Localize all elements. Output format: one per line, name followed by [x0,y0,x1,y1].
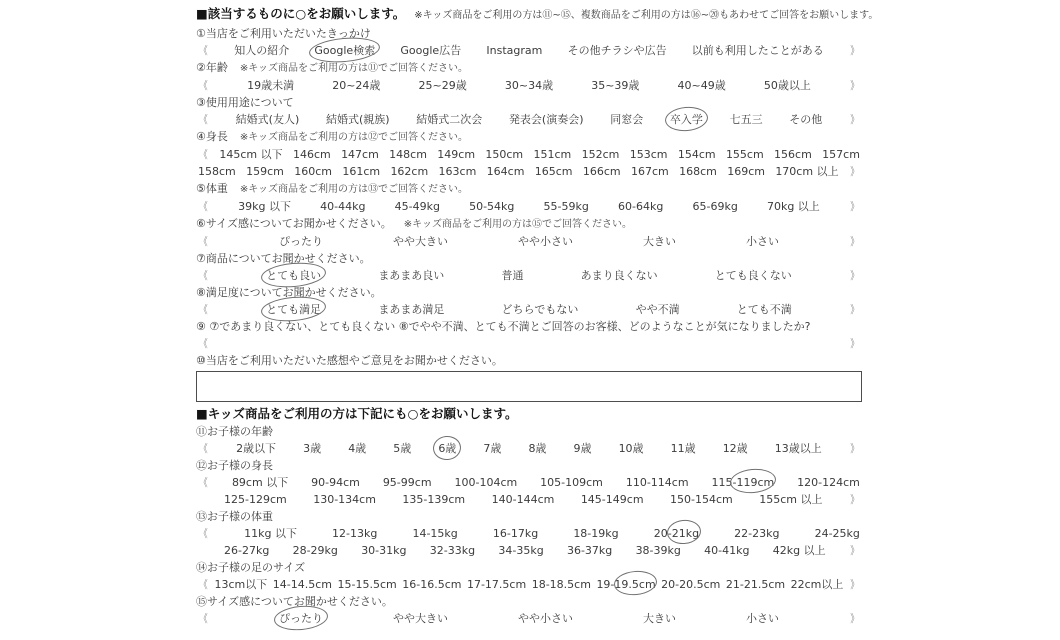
option: 70kg 以上 [767,198,820,215]
question-q10: ⑩当店をご利用いただいた感想やご意見をお聞かせください。 [196,352,862,402]
option: ぴったり [279,233,323,250]
question-q15: ⑮サイズ感についてお聞かせください。《ぴったりやや大きいやや小さい大きい小さい》 [196,593,862,627]
question-label-text: ⑮サイズ感についてお聞かせください。 [196,595,393,608]
option: 150cm [485,146,523,163]
question-q6: ⑥サイズ感についてお聞かせください。※キッズ商品をご利用の方は⑮でご回答ください… [196,215,862,250]
option: 以前も利用したことがある [692,42,824,59]
option: 12-13kg [332,525,377,542]
option: 164cm [487,163,525,180]
section2-title: ■キッズ商品をご利用の方は下記にも○をお願いします。 [196,406,517,421]
options-row: 《145cm 以下146cm147cm148cm149cm150cm151cm1… [196,146,862,163]
option-circled: 卒入学 [670,111,703,128]
scanned-survey-form: ■該当するものに○をお願いします。※キッズ商品をご利用の方は⑪~⑮、複数商品をご… [196,5,862,627]
question-label-text: ②年齢 [196,61,228,74]
question-label: ⑩当店をご利用いただいた感想やご意見をお聞かせください。 [196,352,862,369]
option: 16-16.5cm [402,576,461,593]
option: 13歳以上 [775,440,822,457]
option: 100-104cm [454,474,517,491]
option: 55-59kg [544,198,589,215]
option: 大きい [643,233,676,250]
option: 159cm [246,163,284,180]
question-label: ②年齢※キッズ商品をご利用の方は⑪でご回答ください。 [196,59,862,77]
option: 50-54kg [469,198,514,215]
option: 11歳 [671,440,696,457]
option: 結婚式(友人) [236,111,300,128]
option: 130-134cm [313,491,376,508]
option: 35~39歳 [591,77,639,94]
option: 39kg 以下 [238,198,291,215]
option: 151cm [534,146,572,163]
option: 158cm [198,163,236,180]
open-bracket: 《 [199,576,207,593]
open-bracket: 《 [199,198,207,215]
option: 7歳 [483,440,501,457]
close-bracket: 》 [850,198,858,215]
option: あまり良くない [581,267,658,284]
open-bracket: 《 [199,77,207,94]
option: とても良くない [715,267,792,284]
option: 161cm [342,163,380,180]
options-row: 《結婚式(友人)結婚式(親族)結婚式二次会発表会(演奏会)同窓会卒入学七五三その… [196,111,862,128]
question-q8: ⑧満足度についてお聞かせください。《とても満足まあまあ満足どちらでもないやや不満… [196,284,862,318]
option: 120-124cm [797,474,860,491]
option: 34-35kg [498,542,543,559]
option: 13cm以下 [215,576,268,593]
close-bracket: 》 [850,163,858,180]
option: 40-41kg [704,542,749,559]
option: 149cm [437,146,475,163]
option-circled: 115-119cm [712,474,775,491]
option: 60-64kg [618,198,663,215]
option: 162cm [390,163,428,180]
question-label: ④身長※キッズ商品をご利用の方は⑫でご回答ください。 [196,128,862,146]
close-bracket: 》 [850,610,858,627]
option: 9歳 [574,440,592,457]
open-bracket: 《 [199,440,207,457]
question-label: ⑭お子様の足のサイズ [196,559,862,576]
option: 14-15kg [412,525,457,542]
option: 38-39kg [636,542,681,559]
option: 160cm [294,163,332,180]
option: 90-94cm [311,474,360,491]
option: 40~49歳 [678,77,726,94]
question-label-text: ③使用用途について [196,96,294,109]
option: 89cm 以下 [232,474,288,491]
options-row: 26-27kg28-29kg30-31kg32-33kg34-35kg36-37… [196,542,862,559]
options-row: 125-129cm130-134cm135-139cm140-144cm145-… [196,491,862,508]
question-label-text: ⑨ ⑦であまり良くない、とても良くない ⑧でやや不満、とても不満とご回答のお客様… [196,320,810,333]
question-q7: ⑦商品についてお聞かせください。《とても良いまあまあ良い普通あまり良くないとても… [196,250,862,284]
option: 24-25kg [815,525,860,542]
option: 153cm [630,146,668,163]
option: 七五三 [730,111,763,128]
option: 大きい [643,610,676,627]
option: 17-17.5cm [467,576,526,593]
comment-box [196,371,862,402]
question-label: ⑧満足度についてお聞かせください。 [196,284,862,301]
open-bracket: 《 [199,42,207,59]
option: 95-99cm [383,474,432,491]
option: 147cm [341,146,379,163]
option: 154cm [678,146,716,163]
option-circled: とても満足 [266,301,321,318]
question-label: ⑥サイズ感についてお聞かせください。※キッズ商品をご利用の方は⑮でご回答ください… [196,215,862,233]
option: 4歳 [348,440,366,457]
option: 12歳 [723,440,748,457]
options-row: 《13cm以下14-14.5cm15-15.5cm16-16.5cm17-17.… [196,576,862,593]
question-label-text: ⑪お子様の年齢 [196,425,273,438]
open-bracket: 《 [199,335,207,352]
option: 結婚式(親族) [326,111,390,128]
question-q3: ③使用用途について《結婚式(友人)結婚式(親族)結婚式二次会発表会(演奏会)同窓… [196,94,862,128]
option: 40-44kg [320,198,365,215]
option: 18-19kg [573,525,618,542]
options-row: 《39kg 以下40-44kg45-49kg50-54kg55-59kg60-6… [196,198,862,215]
option: 5歳 [393,440,411,457]
option: 168cm [679,163,717,180]
question-label: ⑦商品についてお聞かせください。 [196,250,862,267]
option: 140-144cm [492,491,555,508]
option: 169cm [727,163,765,180]
open-bracket: 《 [199,233,207,250]
question-label: ⑤体重※キッズ商品をご利用の方は⑬でご回答ください。 [196,180,862,198]
option: その他チラシや広告 [568,42,667,59]
option: とても不満 [737,301,792,318]
option: まあまあ良い [378,267,444,284]
close-bracket: 》 [850,576,858,593]
open-bracket: 《 [199,146,207,163]
option: 30~34歳 [505,77,553,94]
option: 19歳未満 [247,77,294,94]
option: 小さい [746,233,779,250]
option: 18-18.5cm [532,576,591,593]
option: 170cm 以上 [775,163,838,180]
question-q2: ②年齢※キッズ商品をご利用の方は⑪でご回答ください。《19歳未満20~24歳25… [196,59,862,94]
option: 165cm [535,163,573,180]
section2-heading: ■キッズ商品をご利用の方は下記にも○をお願いします。 [196,405,862,423]
open-bracket: 《 [199,111,207,128]
option: やや不満 [636,301,680,318]
option: 結婚式二次会 [416,111,482,128]
option: 45-49kg [395,198,440,215]
option: 26-27kg [224,542,269,559]
section2-questions: ⑪お子様の年齢《2歳以下3歳4歳5歳6歳7歳8歳9歳10歳11歳12歳13歳以上… [196,423,862,627]
option: やや小さい [518,610,573,627]
question-label-text: ①当店をご利用いただいたきっかけ [196,27,371,40]
option: 普通 [501,267,523,284]
question-note: ※キッズ商品をご利用の方は⑫でご回答ください。 [240,132,468,143]
option: 50歳以上 [764,77,811,94]
question-label: ⑬お子様の体重 [196,508,862,525]
open-bracket: 《 [199,525,207,542]
option: やや小さい [518,233,573,250]
close-bracket: 》 [850,111,858,128]
option: 10歳 [619,440,644,457]
question-q9: ⑨ ⑦であまり良くない、とても良くない ⑧でやや不満、とても不満とご回答のお客様… [196,318,862,352]
question-q1: ①当店をご利用いただいたきっかけ《知人の紹介Google検索Google広告In… [196,25,862,59]
question-note: ※キッズ商品をご利用の方は⑮でご回答ください。 [404,219,632,230]
option: 155cm 以上 [759,491,822,508]
options-row: 《知人の紹介Google検索Google広告Instagramその他チラシや広告… [196,42,862,59]
option: 110-114cm [626,474,689,491]
close-bracket: 》 [850,42,858,59]
option: 166cm [583,163,621,180]
question-q13: ⑬お子様の体重《11kg 以下12-13kg14-15kg16-17kg18-1… [196,508,862,559]
option: 163cm [439,163,477,180]
options-row: 《とても満足まあまあ満足どちらでもないやや不満とても不満》 [196,301,862,318]
option: 2歳以下 [236,440,276,457]
option: 14-14.5cm [273,576,332,593]
options-row: 《89cm 以下90-94cm95-99cm100-104cm105-109cm… [196,474,862,491]
question-label: ⑫お子様の身長 [196,457,862,474]
option-circled: とても良い [266,267,321,284]
option: 135-139cm [402,491,465,508]
option: 20~24歳 [332,77,380,94]
option: 145-149cm [581,491,644,508]
option-circled: Google検索 [314,42,375,59]
option: 22-23kg [734,525,779,542]
open-bracket: 《 [199,301,207,318]
option: 65-69kg [692,198,737,215]
option: どちらでもない [502,301,579,318]
question-label: ⑨ ⑦であまり良くない、とても良くない ⑧でやや不満、とても不満とご回答のお客様… [196,318,862,335]
close-bracket: 》 [850,491,858,508]
option: 36-37kg [567,542,612,559]
option: 小さい [746,610,779,627]
question-label-text: ⑩当店をご利用いただいた感想やご意見をお聞かせください。 [196,354,503,367]
option: 同窓会 [610,111,643,128]
option: 20-20.5cm [661,576,720,593]
close-bracket: 》 [850,301,858,318]
option: 25~29歳 [419,77,467,94]
question-label: ⑮サイズ感についてお聞かせください。 [196,593,862,610]
option-circled: 19-19.5cm [596,576,655,593]
option: 155cm [726,146,764,163]
option: 16-17kg [493,525,538,542]
options-row: 《》 [196,335,862,352]
option-circled: 20-21kg [654,525,699,542]
question-label: ①当店をご利用いただいたきっかけ [196,25,862,42]
option-circled: ぴったり [279,610,323,627]
section1-title: ■該当するものに○をお願いします。 [196,6,405,21]
option: 125-129cm [224,491,287,508]
question-label: ③使用用途について [196,94,862,111]
option: 22cm以上 [791,576,844,593]
question-note: ※キッズ商品をご利用の方は⑬でご回答ください。 [240,184,468,195]
option: 167cm [631,163,669,180]
option: やや大きい [393,233,448,250]
question-label-text: ⑤体重 [196,182,228,195]
option: 発表会(演奏会) [509,111,584,128]
option: 157cm [822,146,860,163]
options-row: 《とても良いまあまあ良い普通あまり良くないとても良くない》 [196,267,862,284]
question-label-text: ⑫お子様の身長 [196,459,273,472]
options-row: 《19歳未満20~24歳25~29歳30~34歳35~39歳40~49歳50歳以… [196,77,862,94]
option: 30-31kg [361,542,406,559]
open-bracket: 《 [199,474,207,491]
question-q5: ⑤体重※キッズ商品をご利用の方は⑬でご回答ください。《39kg 以下40-44k… [196,180,862,215]
option: 148cm [389,146,427,163]
question-label-text: ⑦商品についてお聞かせください。 [196,252,371,265]
option: その他 [789,111,822,128]
close-bracket: 》 [850,77,858,94]
option: まあまあ満足 [378,301,444,318]
section1-questions: ①当店をご利用いただいたきっかけ《知人の紹介Google検索Google広告In… [196,25,862,402]
open-bracket: 《 [199,267,207,284]
option: 105-109cm [540,474,603,491]
close-bracket: 》 [850,233,858,250]
open-bracket: 《 [199,610,207,627]
section1-heading: ■該当するものに○をお願いします。※キッズ商品をご利用の方は⑪~⑮、複数商品をご… [196,5,862,25]
option: 知人の紹介 [234,42,289,59]
options-row: 《2歳以下3歳4歳5歳6歳7歳8歳9歳10歳11歳12歳13歳以上》 [196,440,862,457]
option: 21-21.5cm [726,576,785,593]
close-bracket: 》 [850,542,858,559]
question-label-text: ⑬お子様の体重 [196,510,273,523]
close-bracket: 》 [850,335,858,352]
option-circled: 6歳 [438,440,456,457]
options-row: 《ぴったりやや大きいやや小さい大きい小さい》 [196,233,862,250]
close-bracket: 》 [850,440,858,457]
question-label-text: ⑧満足度についてお聞かせください。 [196,286,382,299]
option: 8歳 [528,440,546,457]
option: 32-33kg [430,542,475,559]
option: 42kg 以上 [773,542,826,559]
option: 146cm [293,146,331,163]
option: 145cm 以下 [219,146,282,163]
question-q11: ⑪お子様の年齢《2歳以下3歳4歳5歳6歳7歳8歳9歳10歳11歳12歳13歳以上… [196,423,862,457]
option: 150-154cm [670,491,733,508]
option: やや大きい [393,610,448,627]
option: Google広告 [400,42,461,59]
option: 152cm [582,146,620,163]
option: 28-29kg [293,542,338,559]
question-label-text: ⑥サイズ感についてお聞かせください。 [196,217,392,230]
option: 11kg 以下 [244,525,297,542]
options-row: 158cm159cm160cm161cm162cm163cm164cm165cm… [196,163,862,180]
question-q14: ⑭お子様の足のサイズ《13cm以下14-14.5cm15-15.5cm16-16… [196,559,862,593]
question-label: ⑪お子様の年齢 [196,423,862,440]
question-q12: ⑫お子様の身長《89cm 以下90-94cm95-99cm100-104cm10… [196,457,862,508]
question-label-text: ⑭お子様の足のサイズ [196,561,305,574]
close-bracket: 》 [850,267,858,284]
option: Instagram [486,42,542,59]
options-row: 《11kg 以下12-13kg14-15kg16-17kg18-19kg20-2… [196,525,862,542]
question-label-text: ④身長 [196,130,228,143]
question-q4: ④身長※キッズ商品をご利用の方は⑫でご回答ください。《145cm 以下146cm… [196,128,862,180]
section1-note: ※キッズ商品をご利用の方は⑪~⑮、複数商品をご利用の方は⑯~⑳もあわせてご回答を… [414,10,878,21]
options-row: 《ぴったりやや大きいやや小さい大きい小さい》 [196,610,862,627]
option: 3歳 [303,440,321,457]
question-note: ※キッズ商品をご利用の方は⑪でご回答ください。 [240,63,468,74]
option: 156cm [774,146,812,163]
option: 15-15.5cm [338,576,397,593]
